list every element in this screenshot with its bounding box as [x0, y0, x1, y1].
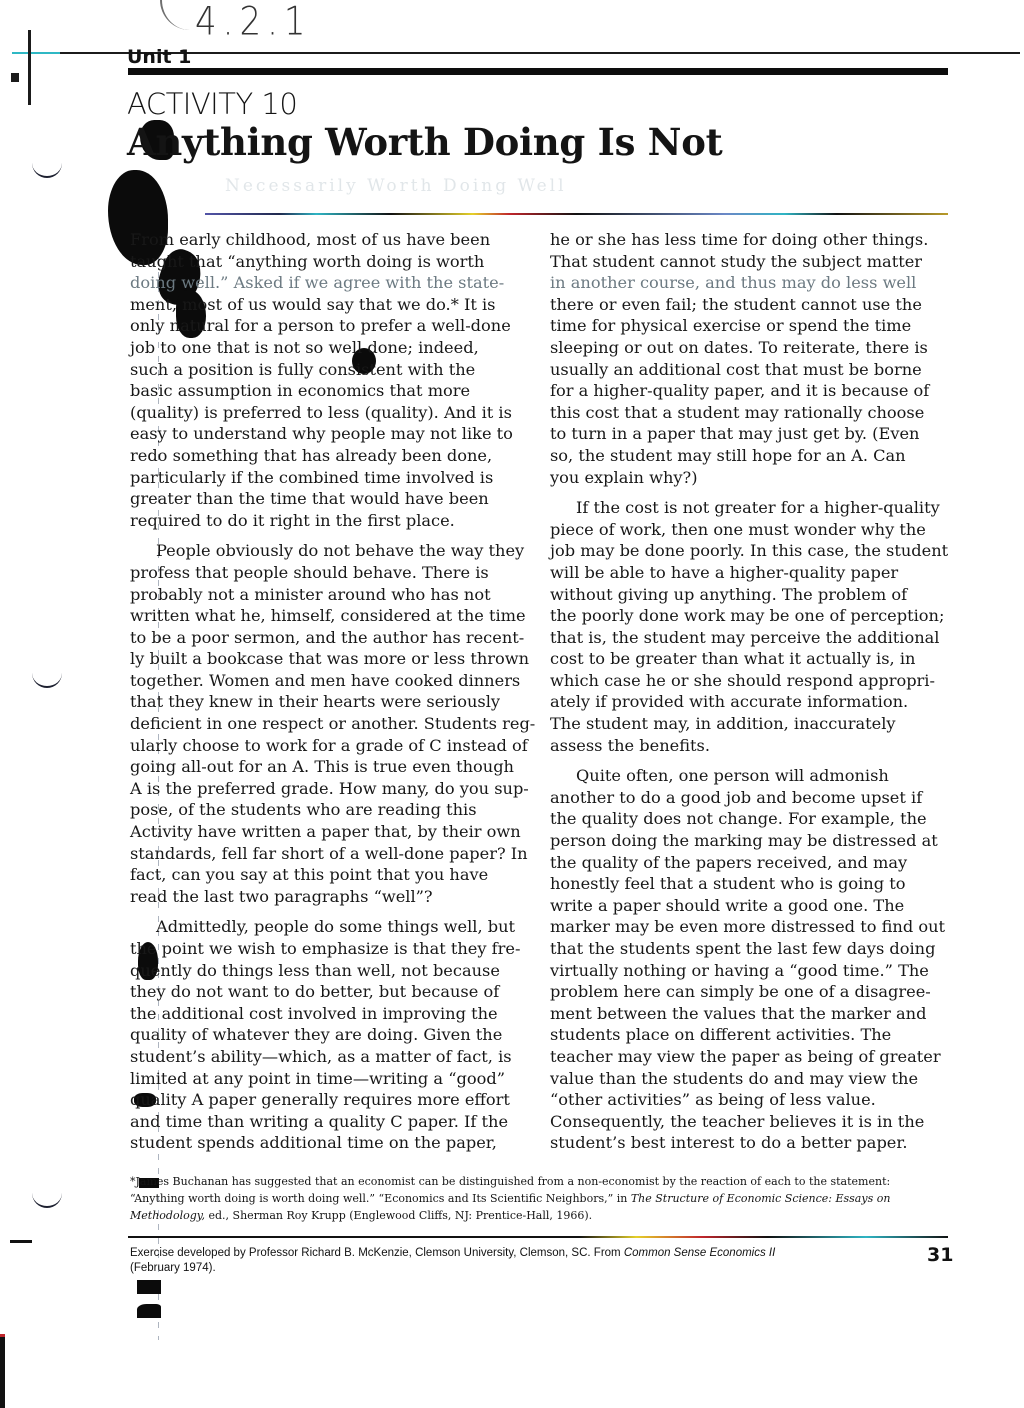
text-line: together. Women and men have cooked dinn… [130, 670, 530, 692]
text-line: honestly feel that a student who is goin… [550, 873, 950, 895]
footnote-line: Methodology, ed., Sherman Roy Krupp (Eng… [130, 1207, 960, 1224]
text-line: there or even fail; the student cannot u… [550, 294, 950, 316]
text-line: job may be done poorly. In this case, th… [550, 540, 950, 562]
paragraph: People obviously do not behave the way t… [130, 540, 530, 907]
text-line: Admittedly, people do some things well, … [130, 916, 530, 938]
text-line: so, the student may still hope for an A.… [550, 445, 950, 467]
footnote-line: *James Buchanan has suggested that an ec… [130, 1173, 960, 1190]
text-line: the additional cost involved in improvin… [130, 1003, 530, 1025]
text-line: written what he, himself, considered at … [130, 605, 530, 627]
text-line: particularly if the combined time involv… [130, 467, 530, 489]
title-rule [205, 213, 948, 215]
text-line: student’s best interest to do a better p… [550, 1132, 950, 1154]
text-line: student spends additional time on the pa… [130, 1132, 530, 1154]
footer-rule [128, 1236, 948, 1238]
text-line: to be a poor sermon, and the author has … [130, 627, 530, 649]
left-column: From early childhood, most of us have be… [130, 229, 530, 1163]
text-line: deficient in one respect or another. Stu… [130, 713, 530, 735]
text-line: without giving up anything. The problem … [550, 584, 950, 606]
source-title: Common Sense Economics II [624, 1247, 775, 1259]
text-line: ularly choose to work for a grade of C i… [130, 735, 530, 757]
text-line: such a position is fully consistent with… [130, 359, 530, 381]
text-line: piece of work, then one must wonder why … [550, 519, 950, 541]
crop-mark-vertical [28, 30, 31, 105]
text-line: easy to understand why people may not li… [130, 423, 530, 445]
text-line: this cost that a student may rationally … [550, 402, 950, 424]
text-line: Consequently, the teacher believes it is… [550, 1111, 950, 1133]
book-title: Methodology, [130, 1209, 205, 1222]
text-line: sleeping or out on dates. To reiterate, … [550, 337, 950, 359]
registration-dot [11, 73, 19, 82]
page-subtitle-faded: Necessarily Worth Doing Well [225, 176, 567, 196]
text-line: quality of whatever they are doing. Give… [130, 1024, 530, 1046]
footnote: *James Buchanan has suggested that an ec… [130, 1173, 960, 1224]
text-line: in another course, and thus may do less … [550, 272, 950, 294]
text-line: that is, the student may perceive the ad… [550, 627, 950, 649]
text-line: problem here can simply be one of a disa… [550, 981, 950, 1003]
text-line: Quite often, one person will admonish [550, 765, 950, 787]
ink-blot [137, 1304, 161, 1318]
scan-edge-bar [0, 1334, 5, 1408]
text-line: you explain why?) [550, 467, 950, 489]
text-line: cost to be greater than what it actually… [550, 648, 950, 670]
text-line: write a paper should write a good one. T… [550, 895, 950, 917]
text-line: limited at any point in time—writing a “… [130, 1068, 530, 1090]
footnote-line: “Anything worth doing is worth doing wel… [130, 1190, 960, 1207]
text-line: only natural for a person to prefer a we… [130, 315, 530, 337]
text-line: value than the students do and may view … [550, 1068, 950, 1090]
margin-mark [10, 1240, 32, 1243]
text-line: teacher may view the paper as being of g… [550, 1046, 950, 1068]
activity-label: ACTIVITY 10 [127, 87, 297, 121]
text-line: students place on different activities. … [550, 1024, 950, 1046]
unit-label: Unit 1 [127, 46, 191, 68]
text-line: “other activities” as being of less valu… [550, 1089, 950, 1111]
text-line: another to do a good job and become upse… [550, 787, 950, 809]
binder-hole-shadow [32, 160, 62, 178]
unit-rule [128, 68, 948, 75]
text-line: time for physical exercise or spend the … [550, 315, 950, 337]
paragraph: From early childhood, most of us have be… [130, 229, 530, 531]
text-line: A is the preferred grade. How many, do y… [130, 778, 530, 800]
text-line: which case he or she should respond appr… [550, 670, 950, 692]
text-line: will be able to have a higher-quality pa… [550, 562, 950, 584]
text-line: profess that people should behave. There… [130, 562, 530, 584]
text-line: virtually nothing or having a “good time… [550, 960, 950, 982]
text-line: The student may, in addition, inaccurate… [550, 713, 950, 735]
text-line: read the last two paragraphs “well”? [130, 886, 530, 908]
page-number: 31 [927, 1244, 953, 1266]
text-line: ately if provided with accurate informat… [550, 691, 950, 713]
text-line: taught that “anything worth doing is wor… [130, 251, 530, 273]
text-line: student’s ability—which, as a matter of … [130, 1046, 530, 1068]
text-line: standards, fell far short of a well-done… [130, 843, 530, 865]
text-line: that they knew in their hearts were seri… [130, 691, 530, 713]
binder-hole-shadow [32, 1190, 62, 1208]
text-line: for a higher-quality paper, and it is be… [550, 380, 950, 402]
source-credit: Exercise developed by Professor Richard … [130, 1246, 890, 1276]
text-line: the point we wish to emphasize is that t… [130, 938, 530, 960]
text-line: going all-out for an A. This is true eve… [130, 756, 530, 778]
text-line: quently do things less than well, not be… [130, 960, 530, 982]
binder-hole-shadow [32, 670, 62, 688]
text-line: he or she has less time for doing other … [550, 229, 950, 251]
text-line: the quality does not change. For example… [550, 808, 950, 830]
text-line: People obviously do not behave the way t… [130, 540, 530, 562]
text-line: fact, can you say at this point that you… [130, 864, 530, 886]
text-line: redo something that has already been don… [130, 445, 530, 467]
text-line: marker may be even more distressed to fi… [550, 916, 950, 938]
text-line: basic assumption in economics that more [130, 380, 530, 402]
text-line: ment, most of us would say that we do.* … [130, 294, 530, 316]
paragraph: Admittedly, people do some things well, … [130, 916, 530, 1154]
page-title: Anything Worth Doing Is Not [127, 120, 722, 164]
text-line: ly built a bookcase that was more or les… [130, 648, 530, 670]
paragraph: If the cost is not greater for a higher-… [550, 497, 950, 756]
text-line: ment between the values that the marker … [550, 1003, 950, 1025]
paragraph: he or she has less time for doing other … [550, 229, 950, 488]
text-line: pose, of the students who are reading th… [130, 799, 530, 821]
text-line: person doing the marking may be distress… [550, 830, 950, 852]
ink-blot [137, 1280, 161, 1294]
text-line: required to do it right in the first pla… [130, 510, 530, 532]
paragraph: Quite often, one person will admonish an… [550, 765, 950, 1154]
text-line: Activity have written a paper that, by t… [130, 821, 530, 843]
text-line: quality A paper generally requires more … [130, 1089, 530, 1111]
book-title: The Structure of Economic Science: Essay… [631, 1192, 891, 1205]
text-line: and time than writing a quality C paper.… [130, 1111, 530, 1133]
text-line: From early childhood, most of us have be… [130, 229, 530, 251]
text-line: to turn in a paper that may just get by.… [550, 423, 950, 445]
text-line: greater than the time that would have be… [130, 488, 530, 510]
text-line: doing well.” Asked if we agree with the … [130, 272, 530, 294]
text-line: they do not want to do better, but becau… [130, 981, 530, 1003]
right-column: he or she has less time for doing other … [550, 229, 950, 1163]
text-line: the quality of the papers received, and … [550, 852, 950, 874]
text-line: probably not a minister around who has n… [130, 584, 530, 606]
handwritten-note: 4.2.1 [195, 0, 312, 45]
text-line: assess the benefits. [550, 735, 950, 757]
text-line: that the students spent the last few day… [550, 938, 950, 960]
text-line: job to one that is not so well done; ind… [130, 337, 530, 359]
text-line: That student cannot study the subject ma… [550, 251, 950, 273]
text-line: usually an additional cost that must be … [550, 359, 950, 381]
text-line: (quality) is preferred to less (quality)… [130, 402, 530, 424]
text-line: the poorly done work may be one of perce… [550, 605, 950, 627]
text-line: If the cost is not greater for a higher-… [550, 497, 950, 519]
